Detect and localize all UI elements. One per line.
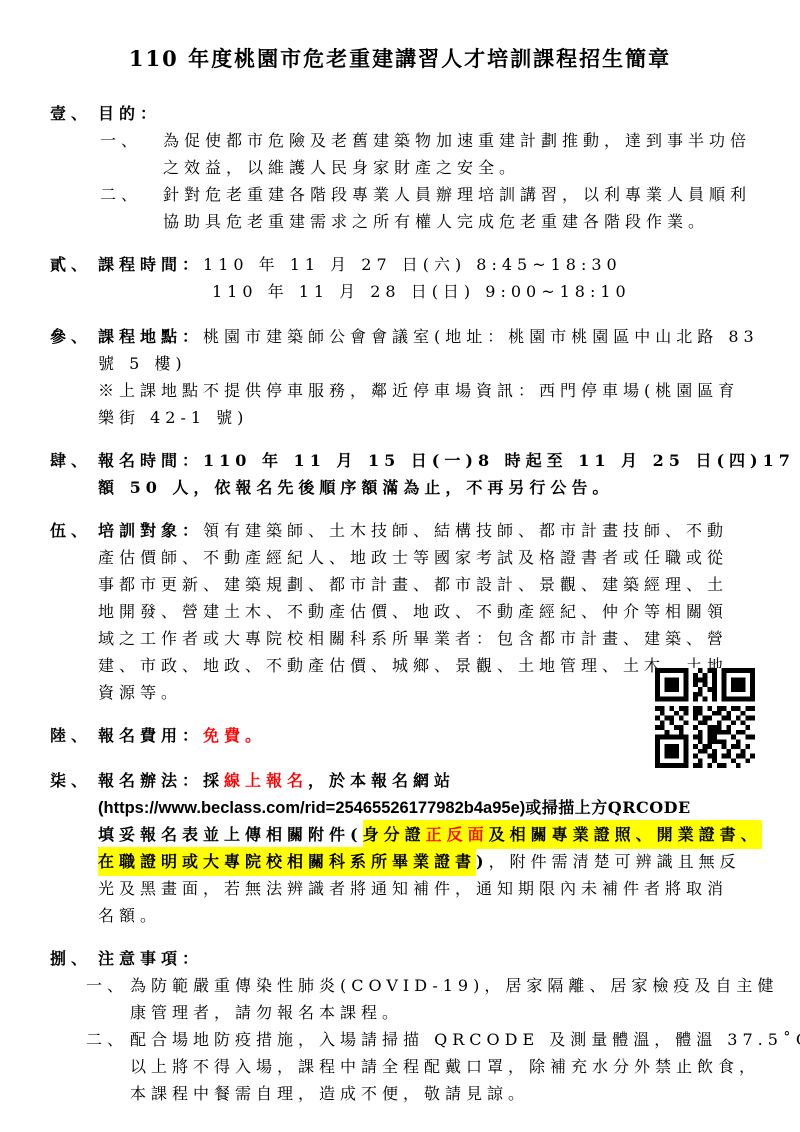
text-segment: 協助具危老重建需求之所有權人完成危老重建各階段作業。 — [163, 212, 709, 231]
text-line: 康管理者，請勿報名本課程。 — [130, 999, 750, 1026]
text-segment: 額 50 人，依報名先後順序額滿為止，不再另行公告。 — [98, 478, 613, 497]
text-segment: 正反面 — [426, 820, 489, 849]
section-number-label: 參、 — [50, 323, 98, 350]
text-line: 地開發、營建土木、不動產估價、地政、不動產經紀、仲介等相關領 — [98, 598, 750, 625]
text-line: 名額。 — [98, 902, 750, 929]
section-registration-fee: 陸、報名費用：免費。 — [50, 722, 750, 749]
text-segment: 為防範嚴重傳染性肺炎(COVID-19)，居家隔離、居家檢疫及自主健 — [130, 976, 778, 995]
text-segment: 在職證明或大專院校相關科系所畢業證書 — [98, 847, 476, 876]
text-segment: 產估價師、不動產經紀人、地政士等國家考試及格證書者或任職或從 — [98, 548, 728, 567]
text-line: 捌、注意事項： — [50, 945, 750, 972]
text-segment: 報名辦法： — [98, 771, 203, 790]
section-course-location: 參、課程地點：桃園市建築師公會會議室(地址：桃園市桃園區中山北路 83號 5 樓… — [50, 323, 750, 431]
text-line: 參、課程地點：桃園市建築師公會會議室(地址：桃園市桃園區中山北路 83 — [50, 323, 750, 350]
section-number-label: 肆、 — [50, 447, 98, 474]
text-segment: 領有建築師、土木技師、結構技師、都市計畫技師、不動 — [203, 521, 728, 540]
item-number: 一、 — [86, 972, 130, 999]
text-line: 伍、培訓對象：領有建築師、土木技師、結構技師、都市計畫技師、不動 — [50, 517, 750, 544]
text-segment: ※上課地點不提供停車服務，鄰近停車場資訊：西門停車場(桃園區育 — [98, 381, 739, 400]
text-line: 號 5 樓) — [98, 350, 750, 377]
section-purpose: 壹、目的：一、為促使都市危險及老舊建築物加速重建計劃推動，達到事半功倍之效益，以… — [50, 100, 750, 235]
text-segment: 事都市更新、建築規劃、都市計畫、都市設計、景觀、建築經理、土 — [98, 575, 728, 594]
text-line: 二、配合場地防疫措施，入場請掃描 QRCODE 及測量體溫，體溫 37.5˚C — [86, 1026, 750, 1053]
text-segment: ) — [476, 852, 489, 871]
text-line: ※上課地點不提供停車服務，鄰近停車場資訊：西門停車場(桃園區育 — [98, 377, 750, 404]
text-segment: 桃園市建築師公會會議室(地址：桃園市桃園區中山北路 83 — [203, 327, 759, 346]
text-segment: 報名時間： — [98, 451, 203, 470]
text-segment: 光及黑畫面，若無法辨識者將通知補件，通知期限內未補件者將取消 — [98, 879, 728, 898]
text-line: (https://www.beclass.com/rid=25465526177… — [98, 794, 750, 821]
text-segment: 報名費用： — [98, 726, 203, 745]
text-line: 以上將不得入場，課程中請全程配戴口罩，除補充水分外禁止飲食， — [130, 1053, 750, 1080]
section-registration-method: 柒、報名辦法：採線上報名，於本報名網站(https://www.beclass.… — [50, 767, 750, 929]
text-line: 建、市政、地政、不動產估價、城鄉、景觀、土地管理、土木、土地 — [98, 652, 750, 679]
text-segment: ，附件需清楚可辨識且無反 — [489, 852, 741, 871]
text-segment: 為促使都市危險及老舊建築物加速重建計劃推動，達到事半功倍 — [163, 131, 751, 150]
text-line: 在職證明或大專院校相關科系所畢業證書)，附件需清楚可辨識且無反 — [98, 848, 750, 875]
text-segment: 之效益，以維護人民身家財產之安全。 — [163, 158, 520, 177]
section-number-label: 陸、 — [50, 722, 98, 749]
text-line: 本課程中餐需自理，造成不便，敬請見諒。 — [130, 1080, 750, 1107]
text-line: 陸、報名費用：免費。 — [50, 722, 750, 749]
section-number-label: 捌、 — [50, 945, 98, 972]
section-notes: 捌、注意事項：一、為防範嚴重傳染性肺炎(COVID-19)，居家隔離、居家檢疫及… — [50, 945, 750, 1107]
text-line: 貳、課程時間：110 年 11 月 27 日(六) 8:45~18:30 — [50, 251, 750, 278]
item-number: 一、 — [100, 127, 163, 154]
text-line: 光及黑畫面，若無法辨識者將通知補件，通知期限內未補件者將取消 — [98, 875, 750, 902]
text-segment: 本課程中餐需自理，造成不便，敬請見諒。 — [130, 1084, 529, 1103]
item-number: 二、 — [100, 181, 163, 208]
section-number-label: 伍、 — [50, 517, 98, 544]
text-segment: 110 年 11 月 27 日(六) 8:45~18:30 — [203, 255, 622, 274]
text-segment: 資源等。 — [98, 683, 182, 702]
page-title: 110 年度桃園市危老重建講習人才培訓課程招生簡章 — [50, 44, 750, 74]
text-segment: 及相關專業證照、開業證書、 — [489, 820, 762, 849]
text-segment: 注意事項： — [98, 949, 203, 968]
text-line: 樂街 42-1 號) — [98, 404, 750, 431]
text-segment: 號 5 樓) — [98, 354, 187, 373]
qr-code-image — [655, 668, 755, 768]
text-segment: 或掃描上方QRCODE — [525, 798, 690, 817]
registration-url-text: (https://www.beclass.com/rid=25465526177… — [98, 799, 525, 817]
text-segment: 免費。 — [203, 726, 266, 745]
text-line: 額 50 人，依報名先後順序額滿為止，不再另行公告。 — [98, 474, 750, 501]
text-segment: ，於本報名網站 — [308, 771, 455, 790]
text-segment: 建、市政、地政、不動產估價、城鄉、景觀、土地管理、土木、土地 — [98, 656, 728, 675]
text-segment: 培訓對象： — [98, 521, 203, 540]
text-segment: 配合場地防疫措施，入場請掃描 QRCODE 及測量體溫，體溫 37.5˚C — [130, 1030, 800, 1049]
text-line: 之效益，以維護人民身家財產之安全。 — [163, 154, 750, 181]
text-line: 資源等。 — [98, 679, 750, 706]
section-number-label: 貳、 — [50, 251, 98, 278]
text-segment: 地開發、營建土木、不動產估價、地政、不動產經紀、仲介等相關領 — [98, 602, 728, 621]
text-segment: 目的： — [98, 104, 161, 123]
document-page: 110 年度桃園市危老重建講習人才培訓課程招生簡章 壹、目的：一、為促使都市危險… — [0, 0, 800, 1107]
section-registration-time: 肆、報名時間：110 年 11 月 15 日(一)8 時起至 11 月 25 日… — [50, 447, 750, 501]
section-number-label: 壹、 — [50, 100, 98, 127]
text-segment: 110 年 11 月 15 日(一)8 時起至 11 月 25 日(四)17 時… — [203, 451, 800, 470]
text-line: 產估價師、不動產經紀人、地政士等國家考試及格證書者或任職或從 — [98, 544, 750, 571]
text-line: 二、針對危老重建各階段專業人員辦理培訓講習，以利專業人員順利 — [100, 181, 750, 208]
text-segment: 樂街 42-1 號) — [98, 408, 248, 427]
section-number-label: 柒、 — [50, 767, 98, 794]
text-segment: 以上將不得入場，課程中請全程配戴口罩，除補充水分外禁止飲食， — [130, 1057, 760, 1076]
text-segment: 身分證 — [363, 820, 426, 849]
text-line: 柒、報名辦法：採線上報名，於本報名網站 — [50, 767, 750, 794]
text-line: 一、為促使都市危險及老舊建築物加速重建計劃推動，達到事半功倍 — [100, 127, 750, 154]
section-course-time: 貳、課程時間：110 年 11 月 27 日(六) 8:45~18:30110 … — [50, 251, 750, 305]
text-segment: 填妥報名表並上傳相關附件( — [98, 825, 363, 844]
text-line: 填妥報名表並上傳相關附件(身分證正反面及相關專業證照、開業證書、 — [98, 821, 750, 848]
text-line: 壹、目的： — [50, 100, 750, 127]
text-line: 協助具危老重建需求之所有權人完成危老重建各階段作業。 — [163, 208, 750, 235]
text-segment: 課程地點： — [98, 327, 203, 346]
text-line: 肆、報名時間：110 年 11 月 15 日(一)8 時起至 11 月 25 日… — [50, 447, 750, 474]
text-line: 110 年 11 月 28 日(日) 9:00~18:10 — [212, 278, 750, 305]
text-segment: 名額。 — [98, 906, 161, 925]
text-line: 一、為防範嚴重傳染性肺炎(COVID-19)，居家隔離、居家檢疫及自主健 — [86, 972, 750, 999]
section-target-audience: 伍、培訓對象：領有建築師、土木技師、結構技師、都市計畫技師、不動產估價師、不動產… — [50, 517, 750, 706]
document-body: 壹、目的：一、為促使都市危險及老舊建築物加速重建計劃推動，達到事半功倍之效益，以… — [50, 100, 750, 1107]
item-number: 二、 — [86, 1026, 130, 1053]
text-segment: 康管理者，請勿報名本課程。 — [130, 1003, 403, 1022]
text-segment: 課程時間： — [98, 255, 203, 274]
text-segment: 採 — [203, 771, 224, 790]
text-segment: 110 年 11 月 28 日(日) 9:00~18:10 — [212, 282, 631, 301]
text-line: 域之工作者或大專院校相關科系所畢業者：包含都市計畫、建築、營 — [98, 625, 750, 652]
text-segment: 針對危老重建各階段專業人員辦理培訓講習，以利專業人員順利 — [163, 185, 751, 204]
text-segment: 域之工作者或大專院校相關科系所畢業者：包含都市計畫、建築、營 — [98, 629, 728, 648]
text-line: 事都市更新、建築規劃、都市計畫、都市設計、景觀、建築經理、土 — [98, 571, 750, 598]
text-segment: 線上報名 — [224, 771, 308, 790]
